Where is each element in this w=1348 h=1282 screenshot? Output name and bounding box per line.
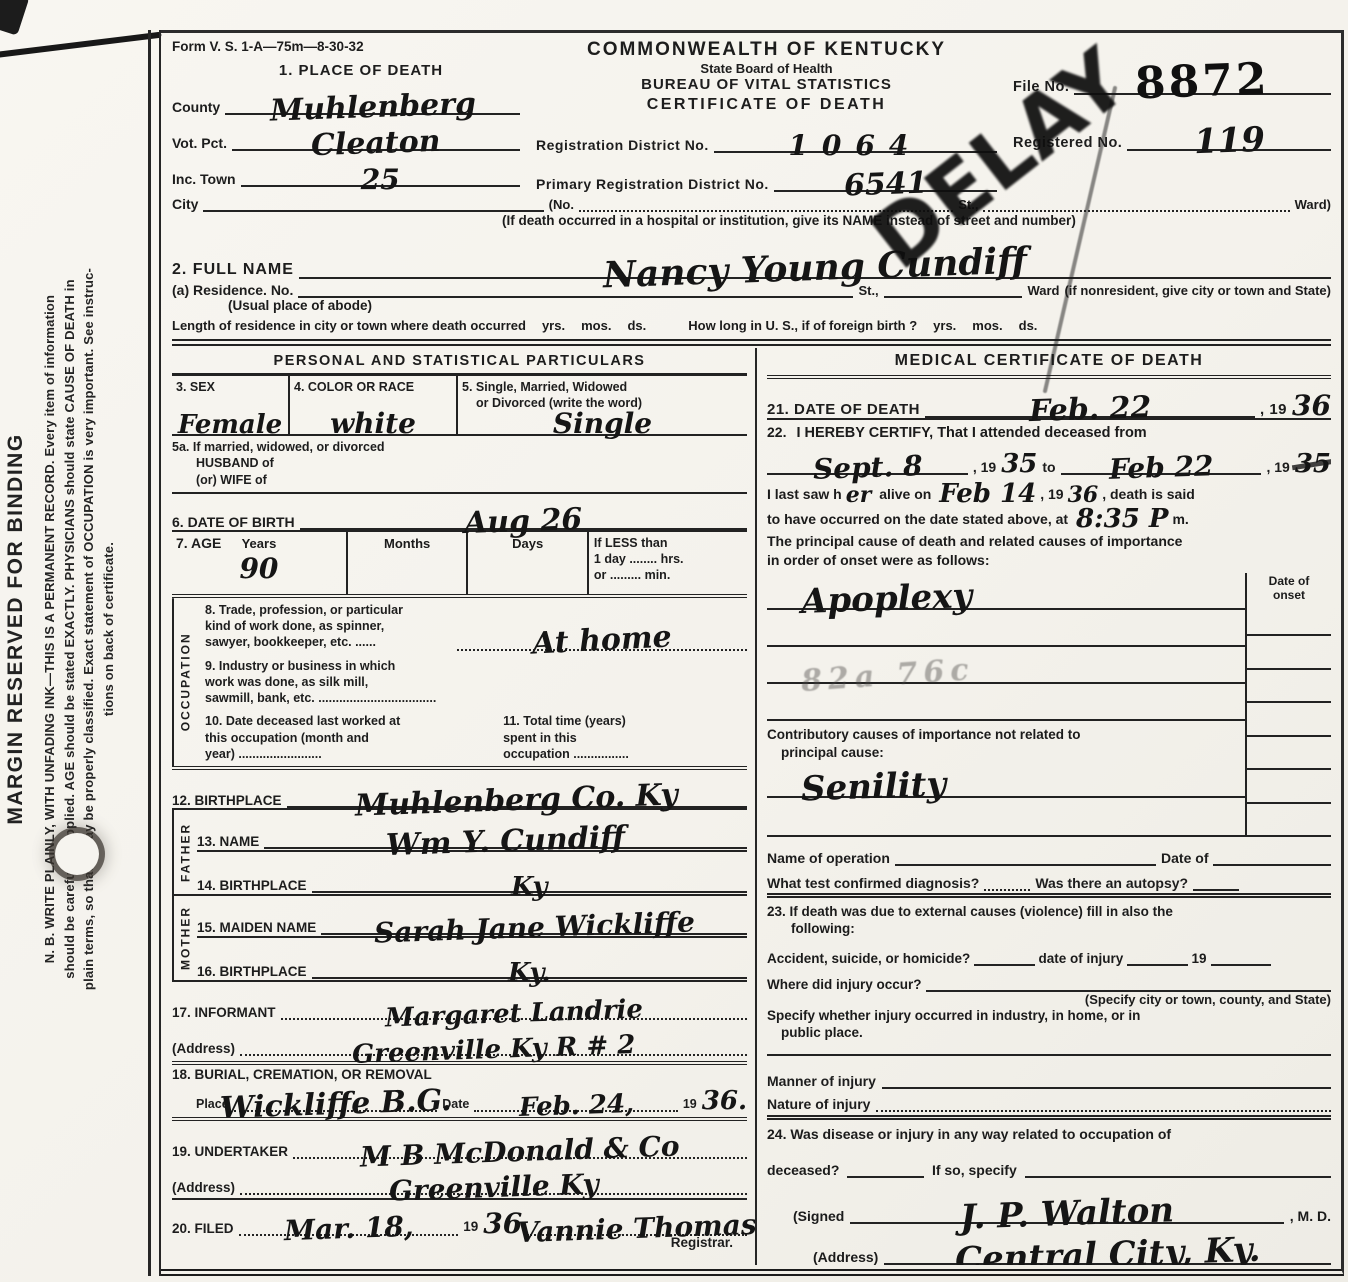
mos-label: mos. [972, 318, 1002, 333]
signed-label: (Signed [793, 1208, 844, 1224]
full-name-row: 2. FULL NAME Nancy Young Cundiff [172, 231, 1331, 279]
occupation-vertical-label: OCCUPATION [172, 598, 197, 766]
informant-value: Margaret Landrie [384, 998, 643, 1029]
registrar-signature-line: Vannie Thomas [527, 1210, 747, 1236]
burial-date-line: Feb. 24, [474, 1088, 678, 1112]
last-saw-date: Feb 14 [939, 479, 1036, 509]
attended-to-line: Feb 22 [1061, 449, 1262, 475]
county-line: Muhlenberg [225, 88, 520, 116]
mother-birthplace-label: 16. BIRTHPLACE [197, 964, 307, 979]
scan-smudge-corner [0, 0, 29, 36]
father-name-value: Wm Y. Cundiff [386, 824, 626, 858]
scan-streak [0, 32, 162, 59]
date-of-death-label: 21. DATE OF DEATH [767, 401, 920, 418]
margin-nb-line: plain terms, so that it may be properly … [79, 64, 99, 1194]
date-of-death-row: 21. DATE OF DEATH Feb. 22 , 19 36 [767, 379, 1331, 420]
voting-precinct-value: Cleaton [311, 128, 441, 158]
city-row: City (No. St., Ward) [172, 196, 1331, 212]
age-years-value: 90 [176, 557, 342, 581]
yrs-label: yrs. [542, 318, 565, 333]
informant-address-line: Greenville Ky R # 2 [240, 1032, 747, 1056]
md-label: , M. D. [1290, 1208, 1331, 1224]
scanned-death-certificate: MARGIN RESERVED FOR BINDING N. B. WRITE … [0, 0, 1348, 1282]
dod-year-value: 36 [1292, 394, 1331, 418]
filed-label: 20. FILED [172, 1221, 234, 1236]
from-year-value: 35 [1001, 453, 1037, 475]
birthplace-label: 12. BIRTHPLACE [172, 793, 282, 808]
certificate-title: CERTIFICATE OF DEATH [536, 96, 997, 114]
where-injury-row: Where did injury occur? [767, 966, 1331, 992]
test-label: What test confirmed diagnosis? [767, 875, 979, 891]
last-worked-item: 10. Date deceased last worked at this oc… [205, 713, 503, 762]
undertaker-line: M B McDonald & Co [293, 1133, 747, 1159]
mother-birthplace-line: Ky. [312, 955, 747, 979]
undertaker-row: 19. UNDERTAKER M B McDonald & Co [172, 1123, 747, 1159]
contributory-line1: Contributory causes of importance not re… [767, 726, 1245, 744]
operation-label: Name of operation [767, 850, 890, 866]
mother-maiden-line: Sarah Jane Wickliffe [321, 909, 747, 935]
marital-value: Single [553, 407, 652, 440]
sex-cell: 3. SEX Female [172, 376, 290, 434]
burial-section: 18. BURIAL, CREMATION, OR REMOVAL Place … [172, 1065, 747, 1121]
m-label: m. [1172, 511, 1188, 527]
industry-line3: sawmill, bank, etc. ....................… [205, 690, 747, 706]
item5a-line1: 5a. If married, widowed, or divorced [172, 439, 747, 455]
external-causes-section: 23. If death was due to external causes … [767, 898, 1331, 1056]
binding-margin-text: MARGIN RESERVED FOR BINDING N. B. WRITE … [4, 64, 146, 1194]
age-label: 7. AGE [176, 535, 221, 551]
onset-header-line2: onset [1247, 589, 1331, 603]
onset-header-line1: Date of [1247, 575, 1331, 589]
burial-year-prefix: 19 [683, 1096, 697, 1112]
last-worked-total-time: 10. Date deceased last worked at this oc… [205, 713, 747, 762]
color-value-line: white [292, 412, 454, 438]
full-name-label: 2. FULL NAME [172, 261, 294, 279]
nature-label: Nature of injury [767, 1096, 870, 1112]
commonwealth-title: COMMONWEALTH OF KENTUCKY [536, 39, 997, 61]
inc-town-label: Inc. Town [172, 171, 236, 187]
personal-title: PERSONAL AND STATISTICAL PARTICULARS [172, 350, 747, 376]
city-block: City (No. St., Ward) (If death occurred … [172, 196, 1331, 228]
autopsy-label: Was there an autopsy? [1035, 875, 1188, 891]
item24-line1: 24. Was disease or injury in any way rel… [767, 1126, 1331, 1142]
injury-date-line [1127, 964, 1187, 966]
item5a-line3: (or) WIFE of [196, 472, 747, 488]
length-of-residence-row: Length of residence in city or town wher… [172, 313, 1331, 346]
voting-precinct-label: Vot. Pct. [172, 135, 227, 151]
street-no-hint: (No. [549, 197, 574, 212]
state-board-subtitle: State Board of Health [536, 61, 997, 76]
pencil-note: 82a 76c [800, 657, 975, 695]
physician-address-line: Central City, Ky. [884, 1234, 1331, 1265]
margin-nb-line: tions on back of certificate. [99, 64, 119, 1194]
mother-section: MOTHER 15. MAIDEN NAME Sarah Jane Wickli… [172, 896, 747, 982]
form-number: Form V. S. 1-A—75m—8-30-32 [172, 39, 520, 54]
occurred-text: to have occurred on the date stated abov… [767, 511, 1068, 527]
time-of-death-value: 8:35 P [1076, 504, 1168, 534]
trade-line2: kind of work done, as spinner, [205, 618, 457, 634]
burial-place-line: Wickliffe B.G. [234, 1085, 438, 1113]
margin-nb-line: N. B. WRITE PLAINLY, WITH UNFADING INK—T… [40, 64, 60, 1194]
informant-section: 17. INFORMANT Margaret Landrie (Address)… [172, 982, 747, 1065]
father-birthplace-line: Ky [312, 869, 747, 893]
operation-date-label: Date of [1161, 850, 1208, 866]
birthplace-row: 12. BIRTHPLACE Muhlenberg Co. Ky [172, 770, 747, 810]
last-worked-line3: year) ........................ [205, 746, 503, 762]
residence-ward-line [884, 296, 1023, 298]
registration-district-label: Registration District No. [536, 137, 709, 153]
certify-section: 22. I HEREBY CERTIFY, That I attended de… [767, 420, 1331, 571]
father-name-label: 13. NAME [197, 834, 259, 849]
contributory-line2: principal cause: [781, 744, 1245, 762]
onset-line [1247, 603, 1331, 637]
margin-binding-label: MARGIN RESERVED FOR BINDING [4, 64, 28, 1194]
physician-signature: J. P. Walton [960, 1197, 1175, 1233]
undertaker-address-value: Greenville Ky [388, 1173, 598, 1204]
nature-of-injury-row: Nature of injury [767, 1089, 1331, 1120]
how-long-us-label: How long in U. S., if of foreign birth ? [688, 318, 917, 333]
her-handwritten: er [846, 482, 872, 508]
undertaker-label: 19. UNDERTAKER [172, 1144, 288, 1159]
attended-to-value: Feb 22 [1108, 454, 1213, 481]
operation-row: Name of operation Date of [767, 837, 1331, 866]
deceased-label: deceased? [767, 1162, 839, 1178]
medical-certificate-column: MEDICAL CERTIFICATE OF DEATH 21. DATE OF… [757, 348, 1331, 1265]
principal-line1: The principal cause of death and related… [767, 532, 1331, 551]
where-injury-label: Where did injury occur? [767, 977, 922, 992]
occupation-related-section: 24. Was disease or injury in any way rel… [767, 1120, 1331, 1178]
mother-birthplace-value: Ky. [508, 962, 551, 984]
date-of-death-line: Feb. 22 [925, 390, 1255, 418]
trade-item: 8. Trade, profession, or particular kind… [205, 602, 747, 651]
age-less-than-cell: If LESS than 1 day ........ hrs. or ....… [589, 532, 747, 594]
test-line [984, 889, 1030, 891]
county-value: Muhlenberg [269, 91, 476, 124]
principal-line2: in order of onset were as follows: [767, 551, 1331, 570]
bureau-subtitle: BUREAU OF VITAL STATISTICS [536, 76, 997, 93]
registered-no-value: 119 [1193, 126, 1265, 157]
deceased-specify-row: deceased? If so, specify [767, 1142, 1331, 1178]
father-section: FATHER 13. NAME Wm Y. Cundiff 14. BIRTHP… [172, 810, 747, 896]
yrs-label: yrs. [933, 318, 956, 333]
diagnosis-test-row: What test confirmed diagnosis? Was there… [767, 866, 1331, 897]
trade-value-line: At home [457, 623, 747, 651]
sex-color-marital-row: 3. SEX Female 4. COLOR OR RACE white 5. … [172, 376, 747, 436]
undertaker-section: 19. UNDERTAKER M B McDonald & Co (Addres… [172, 1121, 747, 1200]
principal-cause-text: The principal cause of death and related… [767, 532, 1331, 570]
alive-on-text: alive on [879, 486, 931, 502]
residence-ward-hint: Ward [1027, 283, 1059, 298]
where-injury-hint: (Specify city or town, county, and State… [767, 992, 1331, 1007]
marital-value-line: Single [460, 412, 745, 438]
less-than-line1: If LESS than [594, 535, 742, 551]
birthplace-value: Muhlenberg Co. Ky [355, 782, 679, 819]
total-time-item: 11. Total time (years) spent in this occ… [503, 713, 747, 762]
industry-item: 9. Industry or business in which work wa… [205, 658, 747, 707]
principal-cause-value: Apoplexy [801, 582, 973, 617]
body-columns: PERSONAL AND STATISTICAL PARTICULARS 3. … [172, 348, 1331, 1265]
informant-address-value: Greenville Ky R # 2 [351, 1034, 635, 1066]
color-value: white [330, 407, 416, 440]
contributory-value: Senility [801, 771, 947, 805]
attended-from-line: Sept. 8 [767, 449, 968, 475]
punch-hole [55, 833, 99, 875]
physician-address-label: (Address) [813, 1249, 878, 1265]
registration-district-value: 1064 [788, 134, 922, 158]
registration-district-row: Registration District No. 1064 [536, 123, 997, 153]
margin-nb-line: should be carefully supplied. AGE should… [60, 64, 80, 1194]
signed-line: J. P. Walton [850, 1193, 1283, 1224]
onset-line [1247, 737, 1331, 771]
registered-no-line: 119 [1127, 120, 1331, 151]
undertaker-address-label: (Address) [172, 1180, 235, 1195]
onset-line [1247, 636, 1331, 670]
marital-label-1: 5. Single, Married, Widowed [462, 379, 743, 395]
from-year-prefix: , 19 [973, 459, 996, 475]
marital-cell: 5. Single, Married, Widowed or Divorced … [458, 376, 747, 434]
dob-value: Aug 26 [464, 507, 583, 537]
last-saw-text1: I last saw h [767, 486, 842, 502]
onset-line [1247, 670, 1331, 704]
age-years-cell: 7. AGE Years 90 [172, 532, 348, 594]
informant-label: 17. INFORMANT [172, 1005, 276, 1020]
total-time-line2: spent in this [503, 730, 747, 746]
undertaker-address-line: Greenville Ky [240, 1169, 747, 1195]
sex-value: Female [178, 410, 282, 440]
county-row: County Muhlenberg [172, 79, 520, 115]
to-year-prefix: , 19 [1266, 459, 1289, 475]
sex-label: 3. SEX [176, 379, 284, 395]
filed-row: 20. FILED Mar. 18, 19 36 Vannie Thomas [172, 1202, 747, 1236]
filed-date-line: Mar. 18, [239, 1210, 459, 1236]
city-line [203, 210, 543, 212]
total-time-line3: occupation ................ [503, 746, 747, 762]
onset-line [1247, 770, 1331, 804]
date-of-birth-row: 6. DATE OF BIRTH Aug 26 [172, 494, 747, 532]
death-said-text: , death is said [1102, 486, 1195, 502]
ward-hint: Ward) [1295, 197, 1331, 212]
less-than-line2: 1 day ........ hrs. [594, 551, 742, 567]
less-than-line3: or ......... min. [594, 567, 742, 583]
last-worked-line2: this occupation (month and [205, 730, 503, 746]
date-of-onset-box: Date of onset [1245, 573, 1331, 835]
cause-line: Apoplexy [767, 573, 1245, 610]
specify-line2: public place. [781, 1024, 1331, 1042]
color-label: 4. COLOR OR RACE [294, 379, 452, 395]
attended-from-value: Sept. 8 [812, 454, 922, 482]
onset-line [1247, 703, 1331, 737]
burial-place-value: Wickliffe B.G. [219, 1087, 451, 1121]
mother-rows: 15. MAIDEN NAME Sarah Jane Wickliffe 16.… [197, 896, 747, 980]
residence-label: (a) Residence. No. [172, 282, 293, 298]
burial-label: 18. BURIAL, CREMATION, OR REMOVAL [172, 1067, 747, 1082]
father-birthplace-value: Ky [511, 876, 548, 898]
father-birthplace-label: 14. BIRTHPLACE [197, 878, 307, 893]
ds-label: ds. [1019, 318, 1038, 333]
city-label: City [172, 196, 198, 212]
age-days-cell: Days [468, 532, 589, 594]
attended-dates-row: Sept. 8 , 19 35 to Feb 22 , 19 35 [767, 443, 1331, 475]
burial-date-value: Feb. 24, [518, 1093, 634, 1119]
married-widowed-section: 5a. If married, widowed, or divorced HUS… [172, 436, 747, 494]
cause-lines: Apoplexy 82a 76c Contributory causes of … [767, 573, 1245, 835]
informant-line: Margaret Landrie [281, 996, 747, 1020]
mother-vertical-label: MOTHER [172, 896, 197, 980]
trade-value: At home [532, 624, 673, 657]
occupation-items: 8. Trade, profession, or particular kind… [197, 598, 747, 766]
sex-value-line: Female [174, 414, 286, 438]
onset-header: Date of onset [1247, 573, 1331, 603]
autopsy-line [1193, 889, 1239, 891]
nature-line [876, 1110, 1331, 1112]
to-year-value: 35 [1295, 453, 1331, 475]
injury-year-prefix: 19 [1192, 951, 1207, 966]
informant-address-label: (Address) [172, 1041, 235, 1056]
father-rows: 13. NAME Wm Y. Cundiff 14. BIRTHPLACE Ky [197, 810, 747, 894]
registrar-label: Registrar. [671, 1235, 733, 1250]
onset-line [1247, 804, 1331, 836]
burial-place-date-row: Place Wickliffe B.G. Date Feb. 24, 19 36… [172, 1082, 747, 1112]
nonresident-hint: (if nonresident, give city or town and S… [1064, 283, 1331, 298]
primary-district-label: Primary Registration District No. [536, 176, 769, 192]
file-no-stamp: 8872 [1135, 61, 1271, 101]
total-time-line1: 11. Total time (years) [503, 713, 747, 729]
mother-maiden-row: 15. MAIDEN NAME Sarah Jane Wickliffe [197, 896, 747, 938]
trade-labels: 8. Trade, profession, or particular kind… [205, 602, 457, 651]
father-name-line: Wm Y. Cundiff [264, 822, 747, 850]
ds-label: ds. [627, 318, 646, 333]
last-worked-line1: 10. Date deceased last worked at [205, 713, 503, 729]
trade-line1: 8. Trade, profession, or particular [205, 602, 457, 618]
place-of-death-title: 1. PLACE OF DEATH [202, 62, 520, 79]
trade-line3: sawyer, bookkeeper, etc. ...... [205, 634, 457, 650]
accident-line [974, 964, 1034, 966]
filed-date-value: Mar. 18, [283, 1215, 413, 1243]
date-of-death-value: Feb. 22 [1028, 395, 1151, 425]
age-row: 7. AGE Years 90 Months Days If LESS than… [172, 532, 747, 598]
abode-hint: (Usual place of abode) [228, 298, 1331, 313]
age-months-cell: Months [348, 532, 469, 594]
county-label: County [172, 99, 220, 115]
mother-maiden-label: 15. MAIDEN NAME [197, 920, 316, 935]
industry-line2: work was done, as silk mill, [205, 674, 747, 690]
dob-line: Aug 26 [300, 502, 747, 530]
birthplace-line: Muhlenberg Co. Ky [287, 781, 747, 809]
personal-particulars-column: PERSONAL AND STATISTICAL PARTICULARS 3. … [172, 348, 757, 1265]
inc-town-line: 25 [241, 161, 520, 187]
certificate-sheet: Form V. S. 1-A—75m—8-30-32 1. PLACE OF D… [160, 30, 1344, 1276]
inc-town-value: 25 [361, 168, 400, 192]
injury-year-line [1211, 964, 1271, 966]
ward-line [983, 210, 1289, 212]
cause-line: 82a 76c [767, 647, 1245, 684]
mos-label: mos. [581, 318, 611, 333]
specify-line1: Specify whether injury occurred in indus… [767, 1007, 1331, 1025]
item23-line2: following: [791, 920, 1331, 938]
months-header: Months [348, 536, 467, 551]
cause-line: Senility [767, 761, 1245, 798]
signed-row: (Signed J. P. Walton , M. D. [767, 1178, 1331, 1224]
length-label: Length of residence in city or town wher… [172, 318, 526, 333]
filed-year-prefix: 19 [463, 1218, 478, 1236]
injury-date-label: date of injury [1039, 951, 1124, 966]
residence-line [298, 296, 853, 298]
header: Form V. S. 1-A—75m—8-30-32 1. PLACE OF D… [172, 39, 1331, 192]
contributory-label: Contributory causes of importance not re… [767, 721, 1245, 761]
last-saw-paragraph: I last saw her alive on Feb 14, 1936, de… [767, 480, 1331, 531]
place-of-death-block: Form V. S. 1-A—75m—8-30-32 1. PLACE OF D… [172, 39, 520, 187]
industry-line1: 9. Industry or business in which [205, 658, 747, 674]
accident-row: Accident, suicide, or homicide? date of … [767, 938, 1331, 966]
occupation-section: OCCUPATION 8. Trade, profession, or part… [172, 598, 747, 770]
item22-number: 22. [767, 424, 786, 440]
informant-row: 17. INFORMANT Margaret Landrie [172, 984, 747, 1020]
filed-section: 20. FILED Mar. 18, 19 36 Vannie Thomas R… [172, 1200, 747, 1250]
ifso-label: If so, specify [932, 1162, 1017, 1178]
full-name-line: Nancy Young Cundiff [299, 246, 1331, 279]
manner-label: Manner of injury [767, 1073, 876, 1089]
father-vertical-label: FATHER [172, 810, 197, 894]
item23-line1: 23. If death was due to external causes … [767, 903, 1331, 921]
color-cell: 4. COLOR OR RACE white [290, 376, 458, 434]
dod-year-prefix: , 19 [1260, 401, 1287, 418]
to-label: to [1042, 459, 1055, 475]
item5a-line2: HUSBAND of [196, 455, 747, 471]
certify-text: I HEREBY CERTIFY, That I attended deceas… [796, 425, 1146, 441]
burial-year-value: 36. [702, 1090, 747, 1112]
physician-address-value: Central City, Ky. [955, 1236, 1261, 1265]
manner-of-injury-row: Manner of injury [767, 1056, 1331, 1089]
dob-label: 6. DATE OF BIRTH [172, 514, 295, 530]
lastsaw-year-prefix: , 19 [1040, 486, 1063, 502]
cause-of-death-area: Apoplexy 82a 76c Contributory causes of … [767, 573, 1331, 837]
accident-label: Accident, suicide, or homicide? [767, 951, 970, 966]
